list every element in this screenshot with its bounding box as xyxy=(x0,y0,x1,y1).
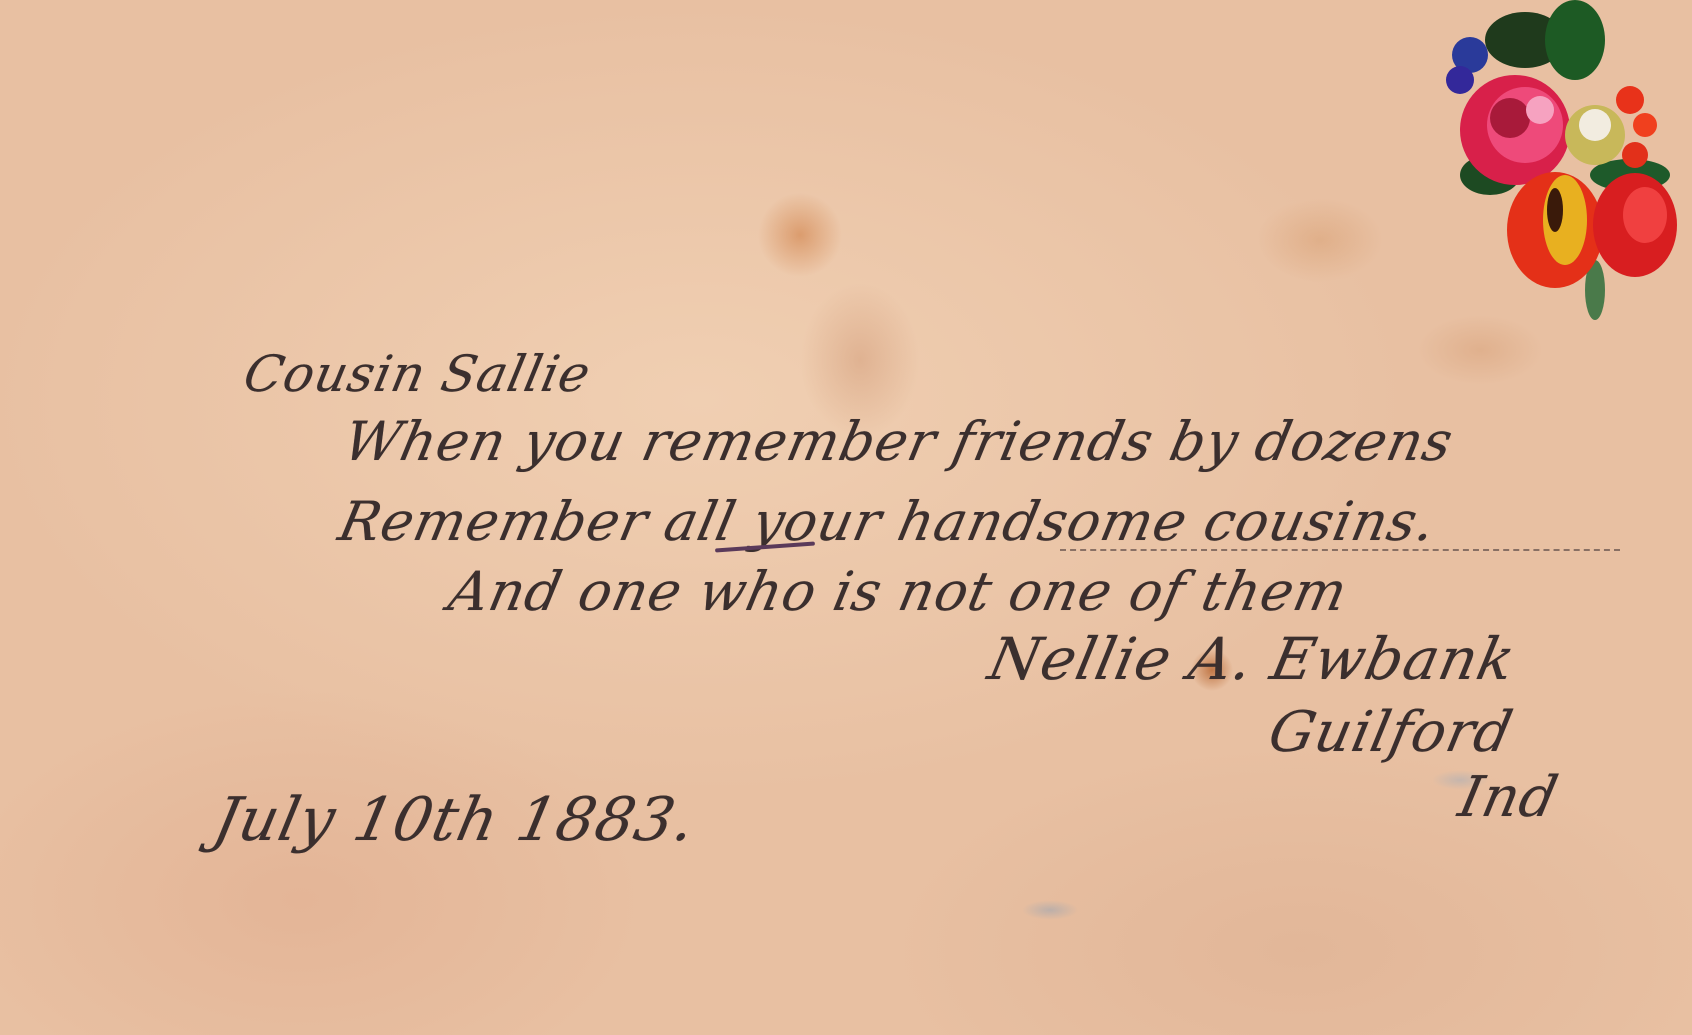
underline-handsome-cousins xyxy=(1060,547,1620,551)
signature: Nellie A. Ewbank xyxy=(983,625,1522,693)
album-page: Cousin Sallie When you remember friends … xyxy=(0,0,1692,1035)
place-city: Guilford xyxy=(1263,700,1519,765)
verse-line-1: When you remember friends by dozens xyxy=(338,410,1459,473)
verse-line-2: Remember all your handsome cousins. xyxy=(333,490,1442,553)
salutation: Cousin Sallie xyxy=(239,345,596,403)
place-state: Ind xyxy=(1453,765,1564,830)
floral-sticker-icon xyxy=(1430,0,1692,320)
verse-line-3: And one who is not one of them xyxy=(443,560,1353,623)
date: July 10th 1883. xyxy=(208,785,703,855)
